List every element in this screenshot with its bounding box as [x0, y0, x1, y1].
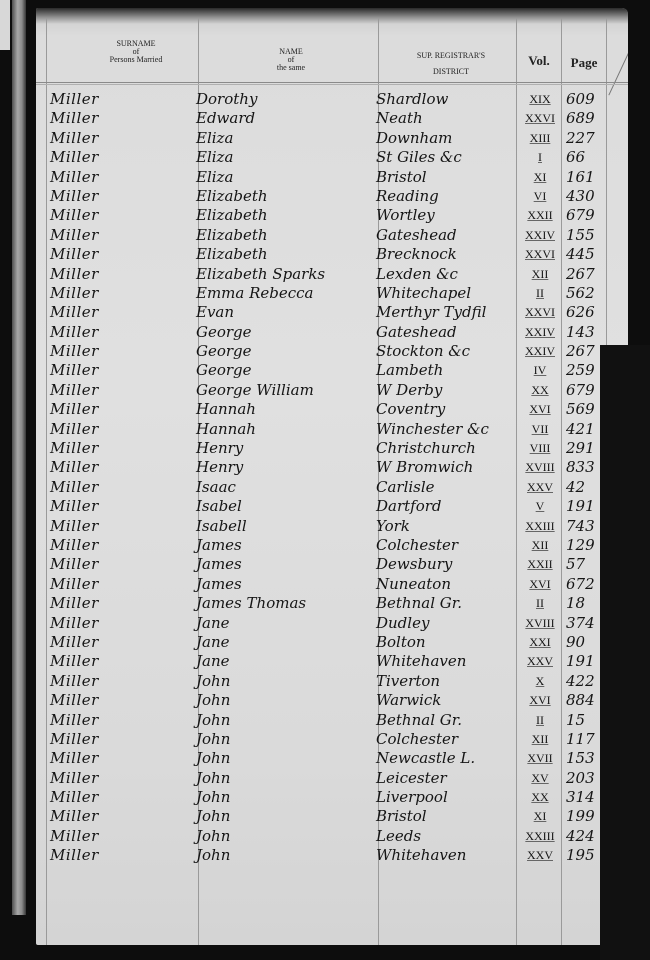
register-page: SURNAME of Persons Married NAME of the s… [36, 8, 628, 945]
given-name-cell: Isabell [196, 517, 247, 536]
volume-cell: XVI [520, 691, 560, 710]
district-cell: Nuneaton [376, 575, 451, 594]
surname-cell: Miller [50, 129, 99, 148]
surname-cell: Miller [50, 226, 99, 245]
district-cell: St Giles &c [376, 148, 462, 167]
page-cell: 129 [566, 536, 595, 555]
surname-cell: Miller [50, 361, 99, 380]
surname-cell: Miller [50, 478, 99, 497]
given-name-cell: Eliza [196, 148, 233, 167]
page-cell: 153 [566, 749, 595, 768]
district-cell: Newcastle L. [376, 749, 475, 768]
surname-cell: Miller [50, 749, 99, 768]
volume-cell: XXIII [520, 827, 560, 846]
given-name-cell: James [196, 575, 242, 594]
surname-cell: Miller [50, 846, 99, 865]
header-vol: Vol. [518, 54, 560, 68]
table-row: MillerIsabellYorkXXIII743 [36, 517, 628, 536]
district-cell: Gateshead [376, 323, 457, 342]
page-cell: 374 [566, 614, 595, 633]
given-name-cell: Isabel [196, 497, 242, 516]
district-cell: Coventry [376, 400, 445, 419]
page-cell: 833 [566, 458, 595, 477]
page-cell: 314 [566, 788, 595, 807]
volume-cell: XXIII [520, 517, 560, 536]
table-row: MillerJohnLeicesterXV203 [36, 769, 628, 788]
page-cell: 143 [566, 323, 595, 342]
district-cell: Leicester [376, 769, 447, 788]
page-cell: 191 [566, 497, 595, 516]
volume-cell: II [520, 711, 560, 730]
header-name-line3: the same [241, 64, 341, 72]
page-cell: 203 [566, 769, 595, 788]
surname-cell: Miller [50, 672, 99, 691]
district-cell: Bethnal Gr. [376, 594, 462, 613]
given-name-cell: John [196, 846, 230, 865]
page-cell: 42 [566, 478, 585, 497]
entries-list: MillerDorothyShardlowXIX609MillerEdwardN… [36, 90, 628, 866]
volume-cell: VI [520, 187, 560, 206]
volume-cell: XXV [520, 478, 560, 497]
given-name-cell: John [196, 827, 230, 846]
header-district: SUP. REGISTRAR'S DISTRICT [391, 52, 511, 76]
table-row: MillerGeorge WilliamW DerbyXX679 [36, 381, 628, 400]
page-cell: 90 [566, 633, 585, 652]
table-row: MillerElizaDownhamXIII227 [36, 129, 628, 148]
page-cell: 199 [566, 807, 595, 826]
district-cell: Dewsbury [376, 555, 452, 574]
district-cell: Dudley [376, 614, 429, 633]
district-cell: Wortley [376, 206, 435, 225]
page-cell: 267 [566, 265, 595, 284]
district-cell: Merthyr Tydfil [376, 303, 486, 322]
given-name-cell: Emma Rebecca [196, 284, 314, 303]
district-cell: Shardlow [376, 90, 448, 109]
table-row: MillerGeorgeGatesheadXXIV143 [36, 323, 628, 342]
header-name: NAME of the same [241, 48, 341, 72]
table-row: MillerEdwardNeathXXVI689 [36, 109, 628, 128]
table-row: MillerJames ThomasBethnal Gr.II18 [36, 594, 628, 613]
given-name-cell: Eliza [196, 129, 233, 148]
surname-cell: Miller [50, 555, 99, 574]
volume-cell: XIII [520, 129, 560, 148]
given-name-cell: John [196, 769, 230, 788]
surname-cell: Miller [50, 769, 99, 788]
given-name-cell: James [196, 555, 242, 574]
volume-cell: VIII [520, 439, 560, 458]
given-name-cell: Elizabeth Sparks [196, 265, 325, 284]
district-cell: W Bromwich [376, 458, 473, 477]
given-name-cell: George [196, 361, 252, 380]
header-surname: SURNAME of Persons Married [86, 40, 186, 64]
given-name-cell: Edward [196, 109, 255, 128]
page-cell: 445 [566, 245, 595, 264]
surname-cell: Miller [50, 633, 99, 652]
page-cell: 291 [566, 439, 595, 458]
page-cell: 743 [566, 517, 595, 536]
page-cell: 227 [566, 129, 595, 148]
surname-cell: Miller [50, 827, 99, 846]
volume-cell: XXVI [520, 109, 560, 128]
table-row: MillerDorothyShardlowXIX609 [36, 90, 628, 109]
volume-cell: XVI [520, 575, 560, 594]
table-row: MillerEmma RebeccaWhitechapelII562 [36, 284, 628, 303]
table-row: MillerJamesDewsburyXXII57 [36, 555, 628, 574]
page-cell: 117 [566, 730, 595, 749]
district-cell: Stockton &c [376, 342, 470, 361]
surname-cell: Miller [50, 788, 99, 807]
volume-cell: XVII [520, 749, 560, 768]
district-cell: Winchester &c [376, 420, 489, 439]
page-cell: 569 [566, 400, 595, 419]
table-row: MillerJamesColchesterXII129 [36, 536, 628, 555]
surname-cell: Miller [50, 807, 99, 826]
volume-cell: XX [520, 381, 560, 400]
surname-cell: Miller [50, 187, 99, 206]
page-cell: 191 [566, 652, 595, 671]
table-row: MillerJohnWarwickXVI884 [36, 691, 628, 710]
volume-cell: XXV [520, 652, 560, 671]
header-surname-line3: Persons Married [86, 56, 186, 64]
surname-cell: Miller [50, 303, 99, 322]
table-row: MillerElizabethGatesheadXXIV155 [36, 226, 628, 245]
surname-cell: Miller [50, 381, 99, 400]
surname-cell: Miller [50, 148, 99, 167]
given-name-cell: John [196, 788, 230, 807]
page-cell: 672 [566, 575, 595, 594]
header-page: Page [563, 56, 605, 70]
volume-cell: XXVI [520, 303, 560, 322]
table-row: MillerJaneWhitehavenXXV191 [36, 652, 628, 671]
volume-cell: XXVI [520, 245, 560, 264]
volume-cell: II [520, 594, 560, 613]
background-shadow [600, 345, 650, 960]
table-row: MillerElizabethBrecknockXXVI445 [36, 245, 628, 264]
table-row: MillerJohnBristolXI199 [36, 807, 628, 826]
table-row: MillerIsabelDartfordV191 [36, 497, 628, 516]
given-name-cell: John [196, 807, 230, 826]
surname-cell: Miller [50, 400, 99, 419]
page-cell: 609 [566, 90, 595, 109]
page-cell: 195 [566, 846, 595, 865]
surname-cell: Miller [50, 536, 99, 555]
header-district-line1: SUP. REGISTRAR'S [391, 52, 511, 60]
given-name-cell: Dorothy [196, 90, 257, 109]
table-row: MillerElizaBristolXI161 [36, 168, 628, 187]
pencil-mark [608, 41, 628, 96]
table-row: MillerElizabethWortleyXXII679 [36, 206, 628, 225]
page-cell: 161 [566, 168, 595, 187]
page-cell: 267 [566, 342, 595, 361]
district-cell: Brecknock [376, 245, 457, 264]
volume-cell: XXIV [520, 323, 560, 342]
page-cell: 884 [566, 691, 595, 710]
surname-cell: Miller [50, 711, 99, 730]
table-row: MillerEvanMerthyr TydfilXXVI626 [36, 303, 628, 322]
given-name-cell: Henry [196, 458, 243, 477]
page-cell: 689 [566, 109, 595, 128]
volume-cell: XIX [520, 90, 560, 109]
surname-cell: Miller [50, 265, 99, 284]
district-cell: Lexden &c [376, 265, 458, 284]
given-name-cell: Evan [196, 303, 234, 322]
district-cell: Neath [376, 109, 423, 128]
surname-cell: Miller [50, 730, 99, 749]
volume-cell: XVI [520, 400, 560, 419]
table-row: MillerJohnLiverpoolXX314 [36, 788, 628, 807]
table-row: MillerGeorgeLambethIV259 [36, 361, 628, 380]
table-row: MillerHenryChristchurchVIII291 [36, 439, 628, 458]
surname-cell: Miller [50, 594, 99, 613]
table-row: MillerHannahWinchester &cVII421 [36, 420, 628, 439]
given-name-cell: George William [196, 381, 314, 400]
volume-cell: I [520, 148, 560, 167]
district-cell: Whitehaven [376, 652, 466, 671]
table-row: MillerJohnBethnal Gr.II15 [36, 711, 628, 730]
district-cell: Tiverton [376, 672, 440, 691]
district-cell: Leeds [376, 827, 421, 846]
adjacent-page-edge [0, 0, 10, 50]
district-cell: Warwick [376, 691, 441, 710]
table-row: MillerElizabeth SparksLexden &cXII267 [36, 265, 628, 284]
page-cell: 626 [566, 303, 595, 322]
district-cell: Reading [376, 187, 439, 206]
volume-cell: IV [520, 361, 560, 380]
surname-cell: Miller [50, 342, 99, 361]
given-name-cell: Hannah [196, 420, 256, 439]
table-row: MillerIsaacCarlisleXXV42 [36, 478, 628, 497]
district-cell: Carlisle [376, 478, 435, 497]
given-name-cell: Elizabeth [196, 187, 268, 206]
table-row: MillerJohnWhitehavenXXV195 [36, 846, 628, 865]
district-cell: Whitechapel [376, 284, 471, 303]
surname-cell: Miller [50, 206, 99, 225]
volume-cell: XXIV [520, 226, 560, 245]
district-cell: Colchester [376, 536, 458, 555]
given-name-cell: Eliza [196, 168, 233, 187]
district-cell: Bristol [376, 168, 427, 187]
volume-cell: V [520, 497, 560, 516]
table-row: MillerGeorgeStockton &cXXIV267 [36, 342, 628, 361]
volume-cell: XI [520, 807, 560, 826]
header-divider [36, 82, 628, 83]
table-row: MillerElizabethReadingVI430 [36, 187, 628, 206]
district-cell: W Derby [376, 381, 442, 400]
given-name-cell: Elizabeth [196, 245, 268, 264]
district-cell: Bethnal Gr. [376, 711, 462, 730]
surname-cell: Miller [50, 109, 99, 128]
binding-edge [12, 0, 26, 915]
table-row: MillerJamesNuneatonXVI672 [36, 575, 628, 594]
volume-cell: XXII [520, 206, 560, 225]
given-name-cell: Jane [196, 614, 230, 633]
volume-cell: XV [520, 769, 560, 788]
page-cell: 259 [566, 361, 595, 380]
volume-cell: XII [520, 730, 560, 749]
surname-cell: Miller [50, 168, 99, 187]
page-cell: 15 [566, 711, 585, 730]
district-cell: Liverpool [376, 788, 448, 807]
page-cell: 421 [566, 420, 595, 439]
given-name-cell: Hannah [196, 400, 256, 419]
volume-cell: XII [520, 536, 560, 555]
district-cell: York [376, 517, 410, 536]
table-row: MillerJaneDudleyXVIII374 [36, 614, 628, 633]
given-name-cell: John [196, 711, 230, 730]
volume-cell: XXIV [520, 342, 560, 361]
page-cell: 422 [566, 672, 595, 691]
volume-cell: XXI [520, 633, 560, 652]
given-name-cell: James Thomas [196, 594, 306, 613]
page-cell: 18 [566, 594, 585, 613]
table-row: MillerJohnNewcastle L.XVII153 [36, 749, 628, 768]
surname-cell: Miller [50, 284, 99, 303]
given-name-cell: Elizabeth [196, 206, 268, 225]
volume-cell: XXV [520, 846, 560, 865]
district-cell: Downham [376, 129, 452, 148]
surname-cell: Miller [50, 439, 99, 458]
table-row: MillerJaneBoltonXXI90 [36, 633, 628, 652]
given-name-cell: George [196, 323, 252, 342]
given-name-cell: John [196, 749, 230, 768]
given-name-cell: Elizabeth [196, 226, 268, 245]
given-name-cell: Henry [196, 439, 243, 458]
surname-cell: Miller [50, 691, 99, 710]
page-cell: 155 [566, 226, 595, 245]
header-divider [36, 84, 628, 85]
surname-cell: Miller [50, 517, 99, 536]
page-cell: 430 [566, 187, 595, 206]
surname-cell: Miller [50, 245, 99, 264]
surname-cell: Miller [50, 420, 99, 439]
table-row: MillerJohnLeedsXXIII424 [36, 827, 628, 846]
table-row: MillerHannahCoventryXVI569 [36, 400, 628, 419]
surname-cell: Miller [50, 323, 99, 342]
volume-cell: XXII [520, 555, 560, 574]
given-name-cell: Jane [196, 652, 230, 671]
district-cell: Bolton [376, 633, 426, 652]
surname-cell: Miller [50, 614, 99, 633]
volume-cell: XVIII [520, 458, 560, 477]
page-cell: 679 [566, 206, 595, 225]
district-cell: Bristol [376, 807, 427, 826]
district-cell: Dartford [376, 497, 442, 516]
given-name-cell: George [196, 342, 252, 361]
district-cell: Colchester [376, 730, 458, 749]
district-cell: Lambeth [376, 361, 443, 380]
page-cell: 57 [566, 555, 585, 574]
table-row: MillerHenryW BromwichXVIII833 [36, 458, 628, 477]
given-name-cell: Isaac [196, 478, 236, 497]
volume-cell: XI [520, 168, 560, 187]
volume-cell: XVIII [520, 614, 560, 633]
table-row: MillerJohnTivertonX422 [36, 672, 628, 691]
volume-cell: II [520, 284, 560, 303]
header-district-line2: DISTRICT [391, 68, 511, 76]
given-name-cell: John [196, 672, 230, 691]
surname-cell: Miller [50, 458, 99, 477]
volume-cell: XX [520, 788, 560, 807]
district-cell: Gateshead [376, 226, 457, 245]
table-row: MillerElizaSt Giles &cI66 [36, 148, 628, 167]
surname-cell: Miller [50, 90, 99, 109]
given-name-cell: John [196, 691, 230, 710]
given-name-cell: James [196, 536, 242, 555]
district-cell: Christchurch [376, 439, 476, 458]
volume-cell: X [520, 672, 560, 691]
page-cell: 424 [566, 827, 595, 846]
surname-cell: Miller [50, 575, 99, 594]
volume-cell: VII [520, 420, 560, 439]
page-cell: 679 [566, 381, 595, 400]
surname-cell: Miller [50, 652, 99, 671]
given-name-cell: John [196, 730, 230, 749]
page-cell: 562 [566, 284, 595, 303]
surname-cell: Miller [50, 497, 99, 516]
volume-cell: XII [520, 265, 560, 284]
table-row: MillerJohnColchesterXII117 [36, 730, 628, 749]
given-name-cell: Jane [196, 633, 230, 652]
page-cell: 66 [566, 148, 585, 167]
district-cell: Whitehaven [376, 846, 466, 865]
